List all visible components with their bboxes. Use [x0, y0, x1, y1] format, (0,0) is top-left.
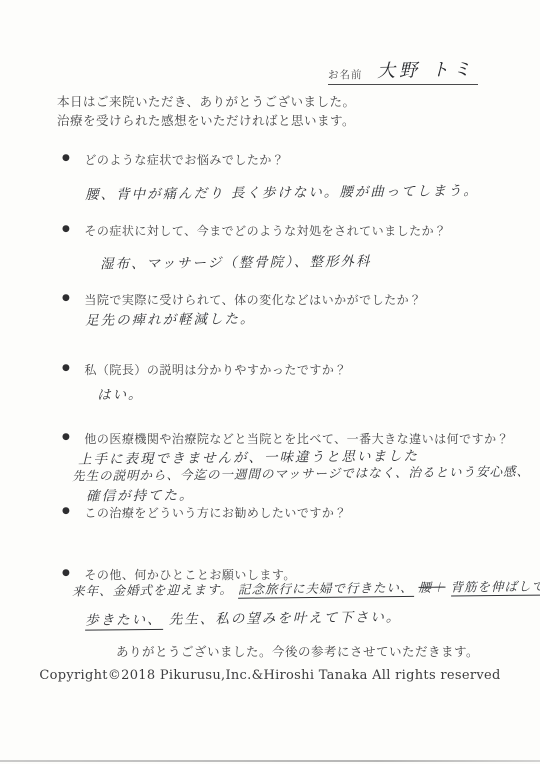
question-3-handwritten-answer: 足先の痺れが軽減した。: [85, 307, 256, 329]
question-6: ● この治療をどういう方にお勧めしたいですか？: [62, 504, 347, 521]
question-7-handwritten-answer-line-1: 来年、金婚式を迎えます。 記念旅行に夫婦で行きたい、 腰＋ 背筋を伸ばして: [72, 577, 540, 600]
question-1: ● どのような症状でお悩みでしたか？: [62, 151, 284, 168]
bullet-icon: ●: [62, 363, 70, 373]
question-1-handwritten-answer: 腰、背中が痛んだり 長く歩けない。腰が曲ってしまう。: [85, 179, 479, 203]
scan-edge-artifact: [0, 760, 540, 762]
question-7-handwritten-answer-line-2: 歩きたい、 先生、私の望みを叶えて下さい。: [85, 605, 401, 628]
bullet-icon: ●: [62, 568, 70, 578]
answer-segment: 来年、金婚式を迎えます。: [72, 582, 233, 599]
closing-thanks-text: ありがとうございました。今後の参考にさせていただきます。: [116, 642, 479, 660]
question-2: ● その症状に対して、今までどのような対処をされていましたか？: [62, 222, 447, 239]
question-3: ● 当院で実際に受けられて、体の変化などはいかがでしたか？: [62, 291, 422, 308]
bullet-icon: ●: [62, 432, 70, 442]
greeting-line-1: 本日はご来院いただき、ありがとうございました。: [57, 92, 356, 111]
question-6-label: この治療をどういう方にお勧めしたいですか？: [84, 504, 347, 521]
scanned-questionnaire-page: お名前 大野 トミ 本日はご来院いただき、ありがとうございました。 治療を受けら…: [0, 0, 540, 764]
bullet-icon: ●: [62, 293, 70, 303]
bullet-icon: ●: [62, 224, 70, 234]
answer-segment-underlined: 背筋を伸ばして: [450, 579, 540, 597]
question-5-handwritten-answer-line-3: 確信が持てた。: [86, 483, 195, 504]
answer-segment-underlined: 記念旅行に夫婦で行きたい、: [238, 580, 414, 599]
bullet-icon: ●: [62, 153, 70, 163]
question-4-handwritten-answer: はい。: [97, 383, 144, 403]
answer-segment-struck-out: 腰＋: [418, 580, 445, 595]
bullet-icon: ●: [62, 506, 70, 516]
name-field-handwritten-value: 大野 トミ: [376, 55, 474, 83]
question-2-label: その症状に対して、今までどのような対処をされていましたか？: [84, 222, 446, 239]
question-2-handwritten-answer: 湿布、マッサージ（整骨院）、整形外科: [100, 250, 372, 273]
greeting-line-2: 治療を受けられた感想をいただければと思います。: [57, 111, 356, 130]
question-4: ● 私（院長）の説明は分かりやすかったですか？: [62, 361, 347, 378]
copyright-line: Copyright©2018 Pikurusu,Inc.&Hiroshi Tan…: [0, 668, 540, 683]
greeting-text: 本日はご来院いただき、ありがとうございました。 治療を受けられた感想をいただけれ…: [57, 92, 356, 130]
question-5: ● 他の医療機関や治療院などと当院とを比べて、一番大きな違いは何ですか？: [62, 430, 509, 447]
question-5-label: 他の医療機関や治療院などと当院とを比べて、一番大きな違いは何ですか？: [84, 430, 509, 447]
name-field: お名前 大野 トミ: [328, 56, 478, 85]
answer-segment-underlined: 歩きたい、: [85, 612, 163, 631]
question-3-label: 当院で実際に受けられて、体の変化などはいかがでしたか？: [84, 291, 421, 308]
question-4-label: 私（院長）の説明は分かりやすかったですか？: [84, 361, 347, 378]
question-5-handwritten-answer-line-2: 先生の説明から、今迄の一週間のマッサージではなく、治るという安心感、: [72, 462, 530, 485]
question-1-label: どのような症状でお悩みでしたか？: [84, 151, 284, 168]
name-field-label: お名前: [328, 67, 363, 82]
answer-segment: 先生、私の望みを叶えて下さい。: [169, 609, 402, 627]
